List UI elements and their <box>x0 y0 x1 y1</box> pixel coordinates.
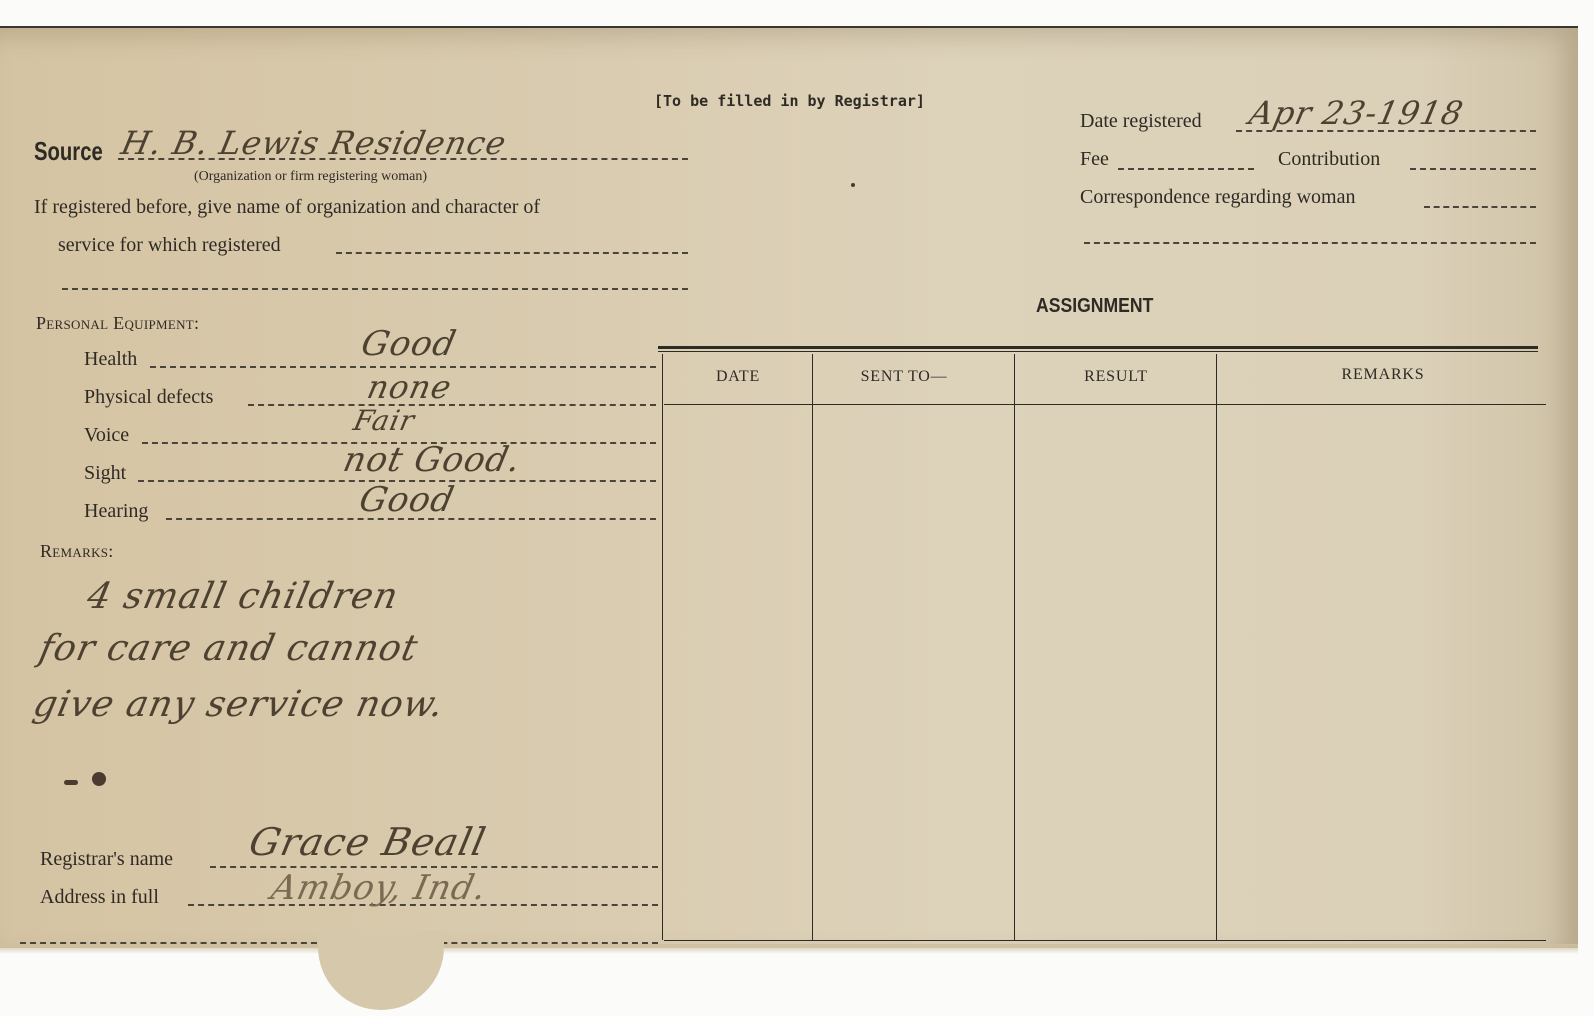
card-tab <box>318 930 444 1010</box>
assignment-result-cell[interactable] <box>1016 406 1216 938</box>
prior-registration-text-1: If registered before, give name of organ… <box>34 196 540 219</box>
registrar-name-label: Registrar's name <box>40 848 173 871</box>
hearing-value[interactable]: Good <box>356 480 458 520</box>
address-value[interactable]: Amboy, Ind. <box>268 868 491 908</box>
date-registered-label: Date registered <box>1080 110 1202 133</box>
header-row-rule <box>664 404 1546 405</box>
contribution-line[interactable] <box>1410 168 1536 170</box>
table-top-rule-2 <box>658 351 1538 352</box>
date-registered-value[interactable]: Apr 23-1918 <box>1246 94 1467 132</box>
column-divider-1 <box>812 354 813 940</box>
physical-defects-value[interactable]: none <box>364 368 455 406</box>
voice-label: Voice <box>84 424 129 447</box>
ink-smudge <box>64 780 78 785</box>
prior-registration-text-2: service for which registered <box>58 234 281 257</box>
torn-bottom-edge <box>0 944 1578 954</box>
assignment-date-cell[interactable] <box>664 406 812 938</box>
source-caption: (Organization or firm registering woman) <box>194 169 427 185</box>
source-value[interactable]: H. B. Lewis Residence <box>118 124 510 162</box>
fee-line[interactable] <box>1118 168 1254 170</box>
sight-value[interactable]: not Good. <box>340 440 525 480</box>
registration-card: [To be filled in by Registrar] Source H.… <box>0 26 1578 948</box>
column-header-sent-to: SENT TO— <box>814 368 994 386</box>
table-top-rule-1 <box>658 346 1538 349</box>
assignment-title: ASSIGNMENT <box>1036 295 1153 318</box>
registrar-name-value[interactable]: Grace Beall <box>245 820 490 864</box>
column-divider-2 <box>1014 354 1015 940</box>
physical-defects-label: Physical defects <box>84 386 213 409</box>
column-divider-3 <box>1216 354 1217 940</box>
health-label: Health <box>84 348 137 371</box>
prior-registration-line-2[interactable] <box>62 288 688 290</box>
correspondence-line-2[interactable] <box>1084 242 1536 244</box>
ink-blot <box>92 772 106 786</box>
filled-by-registrar-note: [To be filled in by Registrar] <box>654 92 925 110</box>
hearing-label: Hearing <box>84 500 148 523</box>
remarks-line-1[interactable]: 4 small children <box>84 576 403 617</box>
table-left-border <box>662 354 663 940</box>
personal-equipment-heading: Personal Equipment: <box>36 313 199 334</box>
voice-value[interactable]: Fair <box>350 404 418 437</box>
column-header-result: RESULT <box>1016 368 1216 386</box>
remarks-line-3[interactable]: give any service now. <box>30 684 448 725</box>
physical-defects-line <box>248 404 656 406</box>
table-bottom-rule <box>664 940 1546 941</box>
address-label: Address in full <box>40 886 159 909</box>
assignment-remarks-cell[interactable] <box>1218 406 1546 938</box>
prior-registration-line-1[interactable] <box>336 252 688 254</box>
column-header-date: DATE <box>664 368 812 386</box>
source-label: Source <box>34 136 103 167</box>
correspondence-line-1[interactable] <box>1424 206 1536 208</box>
remarks-heading: Remarks: <box>40 541 114 562</box>
sight-label: Sight <box>84 462 126 485</box>
contribution-label: Contribution <box>1278 148 1380 171</box>
remarks-line-2[interactable]: for care and cannot <box>36 628 422 669</box>
column-header-remarks: REMARKS <box>1218 366 1548 384</box>
fee-label: Fee <box>1080 148 1109 171</box>
correspondence-label: Correspondence regarding woman <box>1080 186 1355 209</box>
health-value[interactable]: Good <box>358 324 460 364</box>
assignment-sent-to-cell[interactable] <box>814 406 1014 938</box>
paper-speck <box>851 183 855 187</box>
